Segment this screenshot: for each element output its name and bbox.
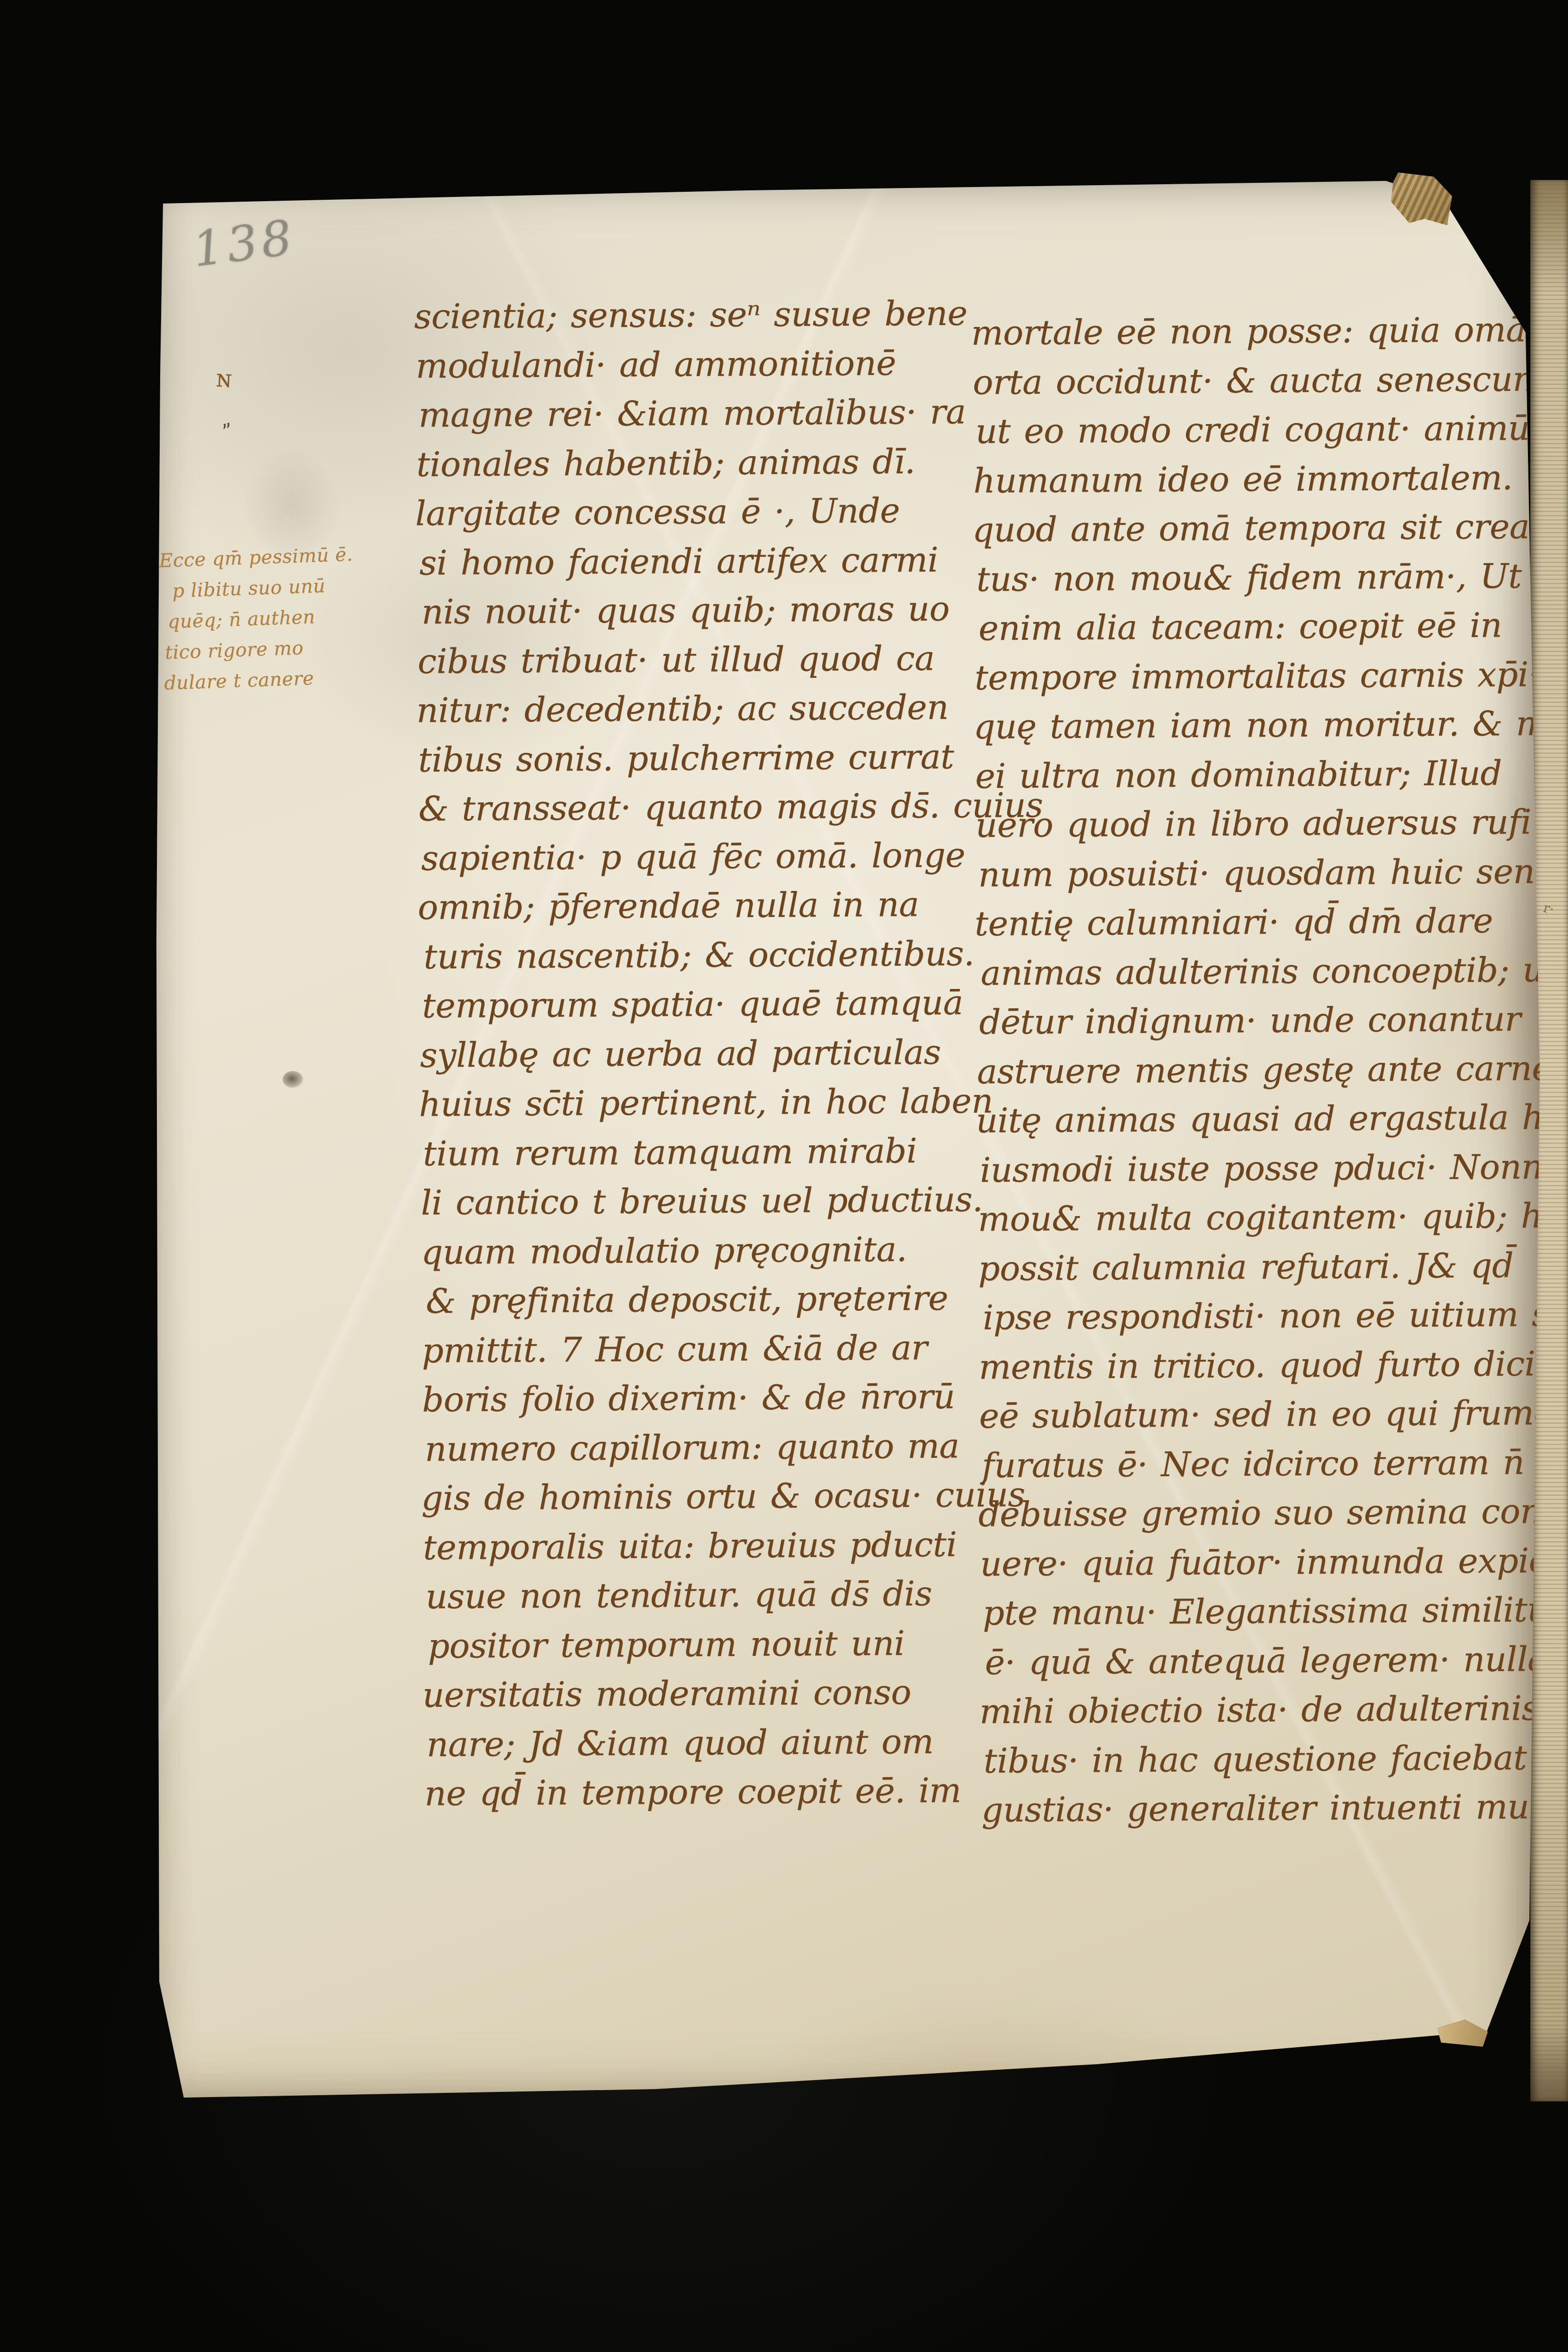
manuscript-line: turis nascentib; & occidentibus. — [424, 929, 987, 981]
manuscript-line: uere· quia fuātor· inmunda expiete — [980, 1535, 1551, 1588]
manuscript-line: uero quod in libro aduersus rufi — [975, 797, 1546, 850]
manuscript-line: usue non tenditur. quā ds̄ dis — [425, 1568, 989, 1621]
manuscript-line: mihi obiectio ista· de adulterinis fę — [980, 1683, 1550, 1736]
manuscript-line: possit calumnia refutari. J& qd̄ — [978, 1240, 1549, 1293]
quire-mark: ɴ — [215, 364, 232, 393]
manuscript-line: omnib; p̄ferendaē nulla in na — [417, 879, 981, 932]
manuscript-line: quod ante omā tempora sit crea — [972, 502, 1543, 555]
manuscript-line: si homo faciendi artifex carmi — [419, 535, 983, 588]
manuscript-line: positor temporum nouit uni — [428, 1618, 991, 1671]
manuscript-line: & pręfinita deposcit, pręterire — [425, 1273, 989, 1326]
manuscript-line: ipse respondisti· non eē uitium se — [982, 1290, 1553, 1342]
manuscript-line: eē sublatum· sed in eo qui frumenta — [979, 1388, 1550, 1441]
manuscript-line: tibus· in hac questione faciebat an — [983, 1732, 1554, 1785]
manuscript-line: gustias· generaliter intuenti mul — [981, 1782, 1552, 1835]
manuscript-line: ut eo modo credi cogant· animū — [975, 403, 1546, 456]
manuscript-line: mou& multa cogitantem· quib; hęc — [978, 1191, 1548, 1244]
manuscript-line: nis nouit· quas quib; moras uo — [421, 584, 985, 637]
manuscript-line: temporum spatia· quaē tamquā — [422, 978, 985, 1030]
folio-number: 138 — [189, 209, 299, 278]
manuscript-line: temporalis uita: breuius pducti — [423, 1519, 986, 1572]
manuscript-line: tionales habentib; animas dī. — [416, 436, 980, 489]
manuscript-line: mortale eē non posse: quia omā — [971, 305, 1542, 358]
manuscript-line: tempore immortalitas carnis xp̄i· — [974, 649, 1545, 702]
manuscript-line: astruere mentis gestę ante carnē — [977, 1043, 1547, 1096]
manuscript-line: quę tamen iam non moritur. & mors — [973, 699, 1544, 751]
manuscript-line: humanum ideo eē immortalem. — [973, 452, 1544, 505]
manuscript-line: cibus tribuat· ut illud quod ca — [417, 633, 981, 686]
manuscript-line: num posuisti· quosdam huic sen — [978, 846, 1549, 899]
manuscript-line: enim alia taceam: coepit eē in — [979, 600, 1549, 653]
text-column-left: scientia; sensus: seⁿ susue benemoduland… — [415, 288, 988, 1818]
manuscript-line: tium rerum tamquam mirabi — [423, 1126, 986, 1178]
manuscript-line: numero capillorum: quanto ma — [425, 1421, 988, 1474]
manuscript-line: animas adulterinis concoeptib; ui — [980, 945, 1551, 997]
manuscript-line: pmittit. 7 Hoc cum &iā de ar — [422, 1323, 985, 1375]
manuscript-line: mentis in tritico. quod furto dicit̄ — [979, 1339, 1549, 1391]
manuscript-line: tentię calumniari· qd̄ dm̄ dare — [974, 896, 1545, 948]
manuscript-line: syllabę ac uerba ad particulas — [420, 1027, 983, 1080]
manuscript-line: gis de hominis ortu & ocasu· cuius — [421, 1470, 985, 1523]
manuscript-line: ne qd̄ in tempore coepit eē. im — [425, 1765, 988, 1818]
manuscript-line: dētur indignum· unde conantur — [979, 994, 1550, 1047]
ink-blot-stain — [283, 1071, 303, 1088]
manuscript-line: tibus sonis. pulcherrime currat — [418, 732, 981, 784]
manuscript-line: boris folio dixerim· & de n̄rorū — [422, 1372, 986, 1424]
manuscript-line: debuisse gremio suo semina confo — [978, 1486, 1549, 1539]
text-column-right: mortale eē non posse: quia omāorta occid… — [972, 305, 1552, 1835]
manuscript-line: pte manu· Elegantissima similitudo — [982, 1585, 1553, 1638]
marginal-note: Ecce qm̄ pessimū ē.p libitu suo unūquēq;… — [158, 537, 427, 699]
fore-edge-pen-mark: r· — [1542, 900, 1556, 917]
manuscript-line: magne rei· &iam mortalibus· ra — [418, 387, 982, 440]
manuscript-line: li cantico t breuius uel pductius. — [421, 1175, 984, 1227]
manuscript-line: tus· non mou& fidem nrām·, Ut — [976, 551, 1547, 604]
page-surface: 138 ɴ ʼʼ Ecce qm̄ pessimū ē.p libitu suo… — [151, 173, 1548, 2105]
manuscript-line: ei ultra non dominabitur; Illud — [975, 748, 1545, 800]
manuscript-line: scientia; sensus: seⁿ susue bene — [414, 288, 977, 341]
manuscript-line: orta occidunt· & aucta senescunt — [972, 354, 1543, 407]
manuscript-line: nitur: decedentib; ac succeden — [416, 682, 980, 735]
manuscript-line: ē· quā & antequā legerem· nullas — [985, 1634, 1555, 1687]
manuscript-line: sapientia· p quā fēc omā. longe — [421, 830, 985, 883]
manuscript-line: uitę animas quasi ad ergastula hu — [976, 1093, 1546, 1145]
manuscript-line: quam modulatio pręcognita. — [421, 1224, 985, 1277]
manuscript-line: largitate concessa ē ·, Unde — [415, 485, 979, 538]
manuscript-page: 138 ɴ ʼʼ Ecce qm̄ pessimū ē.p libitu suo… — [155, 177, 1541, 2100]
manuscript-line: iusmodi iuste posse pduci· Nonne — [980, 1142, 1551, 1194]
manuscript-line: huius sc̄ti pertinent, in hoc laben — [419, 1076, 982, 1129]
manuscript-line: nare; Jd &iam quod aiunt om — [426, 1716, 990, 1769]
manuscript-line: modulandi· ad ammonitionē — [416, 338, 979, 391]
manuscript-line: furatus ē· Nec idcirco terram n̄ — [981, 1437, 1552, 1490]
pen-tick-marks: ʼʼ — [219, 420, 232, 445]
manuscript-line: & transseat· quanto magis ds̄. cuius — [418, 781, 982, 833]
manuscript-line: uersitatis moderamini conso — [422, 1667, 986, 1720]
